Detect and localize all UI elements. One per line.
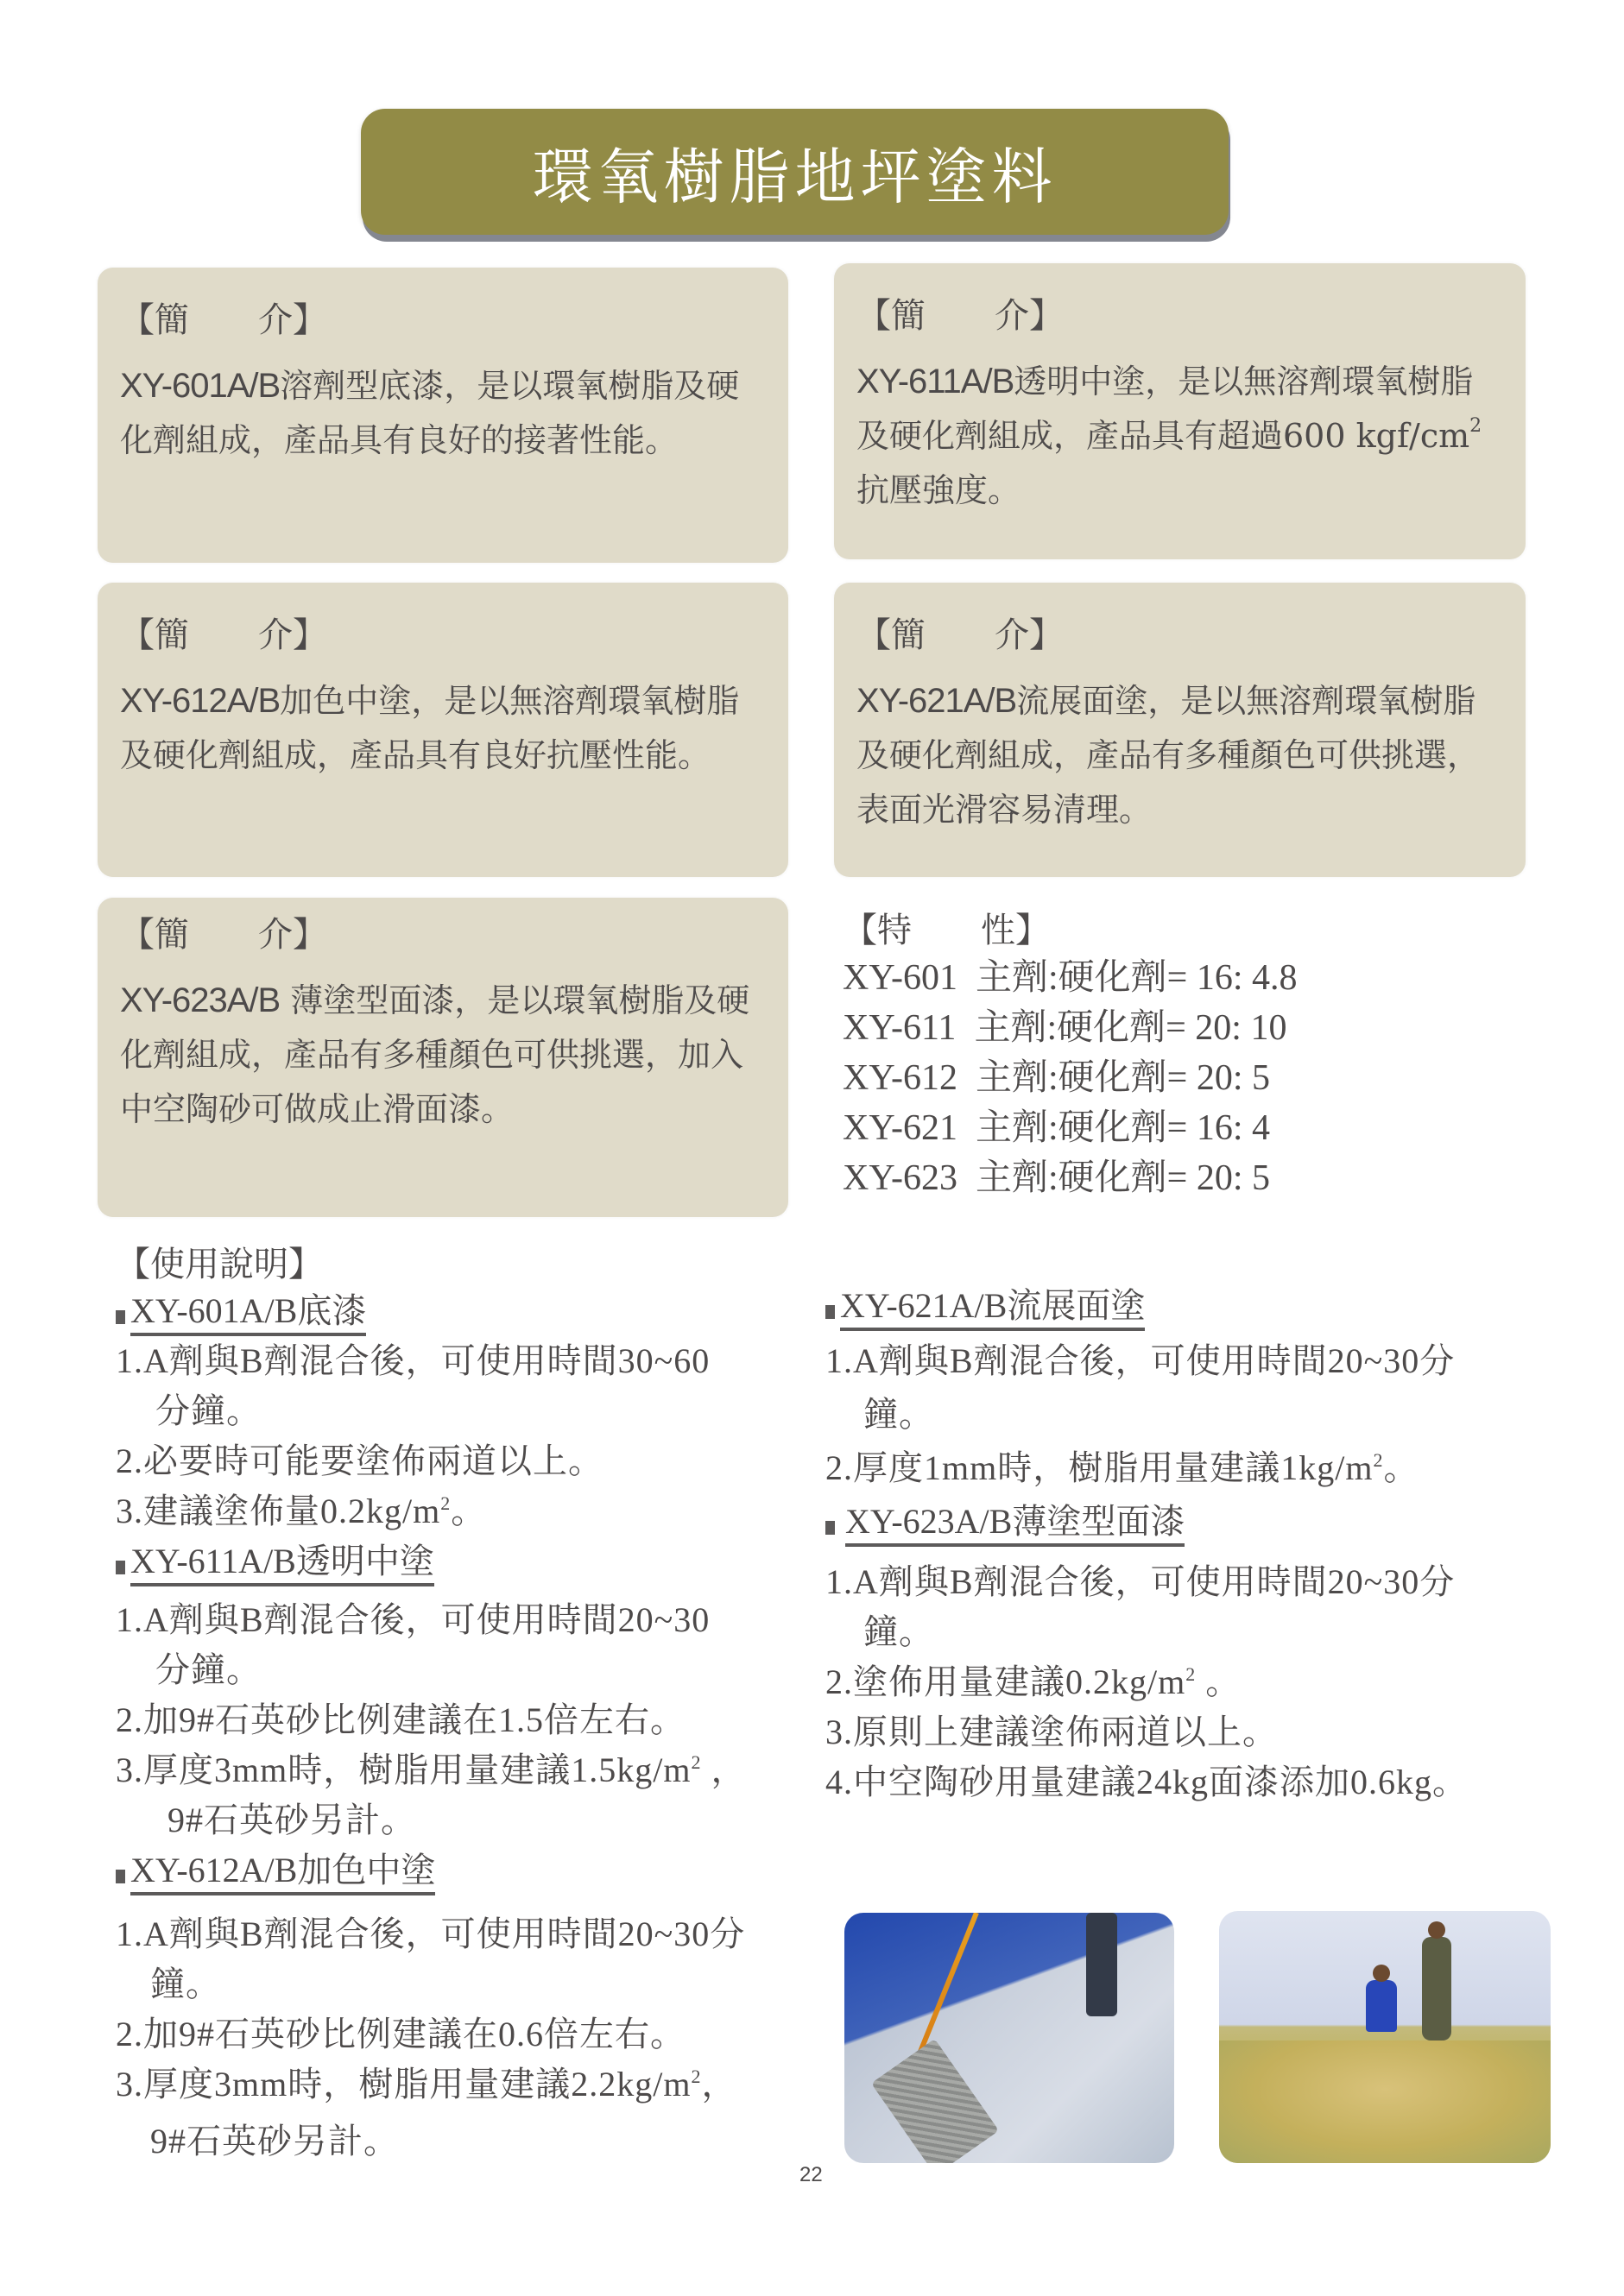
intro-card-xy612: 【簡 介】 XY-612A/B加色中塗，是以無溶劑環氧樹脂及硬化劑組成，產品具有… xyxy=(98,583,788,877)
subsection-label: XY-612A/B加色中塗 xyxy=(130,1849,435,1895)
product-code: XY-623A/B xyxy=(120,981,280,1019)
ratio-row: XY-621 主劑:硬化劑= 16: 4 xyxy=(843,1103,1378,1153)
step-continuation: 9#石英砂另計。 xyxy=(116,1795,824,1845)
usage-step: 3.原則上建議塗佈兩道以上。 xyxy=(825,1707,1568,1757)
usage-step: 1.A劑與B劑混合後，可使用時間20~30分鐘。 xyxy=(825,1557,1568,1657)
step-text: 1.A劑與B劑混合後，可使用時間20~30分 xyxy=(116,1914,745,1953)
ratio-row: XY-611 主劑:硬化劑= 20: 10 xyxy=(843,1003,1378,1053)
usage-subsection-title: XY-621A/B流展面塗 xyxy=(825,1284,1145,1331)
ratio-value: 20: 5 xyxy=(1197,1158,1270,1198)
ratio-row: XY-623 主劑:硬化劑= 20: 5 xyxy=(843,1153,1378,1203)
step-continuation: 鐘。 xyxy=(825,1390,1568,1440)
step-tail: 。 xyxy=(1196,1662,1241,1701)
photo-self-leveling-application xyxy=(1219,1911,1551,2163)
description-tail: 抗壓強度。 xyxy=(856,471,1021,509)
roller xyxy=(871,2039,999,2163)
usage-step: 4.中空陶砂用量建議24kg面漆添加0.6kg。 xyxy=(825,1757,1568,1807)
usage-step: 1.A劑與B劑混合後，可使用時間20~30分鐘。 xyxy=(116,1595,824,1695)
step-text: 1.A劑與B劑混合後，可使用時間20~30 xyxy=(116,1600,710,1639)
usage-step: 3.建議塗佈量0.2kg/m2。 xyxy=(116,1486,824,1536)
step-text: 1.A劑與B劑混合後，可使用時間30~60 xyxy=(116,1341,710,1380)
square-bullet-icon xyxy=(825,1521,835,1535)
model: XY-611 xyxy=(843,1008,956,1048)
usage-step: 2.加9#石英砂比例建議在1.5倍左右。 xyxy=(116,1695,824,1745)
intro-card-xy621: 【簡 介】 XY-621A/B流展面塗，是以無溶劑環氧樹脂及硬化劑組成，產品有多… xyxy=(834,583,1526,877)
worker-head xyxy=(1428,1921,1445,1939)
step-text: 2.厚度1mm時，樹脂用量建議1kg/m xyxy=(825,1448,1373,1487)
step-text: 2.塗佈用量建議0.2kg/m xyxy=(825,1662,1185,1701)
card-description: XY-612A/B加色中塗，是以無溶劑環氧樹脂及硬化劑組成，產品具有良好抗壓性能… xyxy=(120,674,768,783)
card-description: XY-601A/B溶劑型底漆，是以環氧樹脂及硬化劑組成，產品具有良好的接著性能。 xyxy=(120,359,768,468)
step-tail: ， xyxy=(701,1750,746,1789)
properties-section: 【特 性】 XY-601 主劑:硬化劑= 16: 4.8 XY-611 主劑:硬… xyxy=(843,908,1378,1203)
usage-subsection-title: XY-623A/B薄塗型面漆 xyxy=(825,1500,1185,1547)
usage-step: 2.塗佈用量建議0.2kg/m2 。 xyxy=(825,1657,1568,1707)
square-bullet-icon xyxy=(116,1310,125,1324)
ratio-row: XY-612 主劑:硬化劑= 20: 5 xyxy=(843,1053,1378,1103)
ratio-value: 16: 4 xyxy=(1197,1108,1270,1148)
card-heading: 【簡 介】 xyxy=(120,614,768,657)
step-text: 2.必要時可能要塗佈兩道以上。 xyxy=(116,1441,603,1480)
intro-card-xy623: 【簡 介】 XY-623A/B 薄塗型面漆，是以環氧樹脂及硬化劑組成，產品有多種… xyxy=(98,898,788,1217)
usage-step: 3.厚度3mm時，樹脂用量建議1.5kg/m2 ，9#石英砂另計。 xyxy=(116,1745,824,1845)
usage-subsection-title: XY-612A/B加色中塗 xyxy=(116,1849,435,1895)
step-continuation: 鐘。 xyxy=(825,1607,1568,1657)
worker-legs xyxy=(1086,1913,1117,2016)
usage-subsection-title: XY-611A/B透明中塗 xyxy=(116,1540,434,1586)
worker-standing xyxy=(1422,1937,1451,2041)
superscript: 2 xyxy=(1185,1663,1196,1685)
step-tail: 。 xyxy=(451,1492,486,1530)
card-heading: 【簡 介】 xyxy=(856,614,1505,657)
step-text: 3.厚度3mm時，樹脂用量建議1.5kg/m xyxy=(116,1750,691,1789)
step-text: 3.建議塗佈量0.2kg/m xyxy=(116,1492,440,1530)
superscript: 2 xyxy=(691,2066,701,2087)
subsection-label: XY-621A/B流展面塗 xyxy=(840,1284,1145,1331)
properties-heading: 【特 性】 xyxy=(843,908,1378,953)
step-text: 2.加9#石英砂比例建議在0.6倍左右。 xyxy=(116,2015,686,2053)
step-text: 2.加9#石英砂比例建議在1.5倍左右。 xyxy=(116,1700,686,1739)
ratio-label: 主劑:硬化劑= xyxy=(976,958,1187,998)
card-heading: 【簡 介】 xyxy=(856,294,1505,337)
superscript: 2 xyxy=(1373,1449,1383,1471)
usage-left-column: 【使用說明】 XY-601A/B底漆 1.A劑與B劑混合後，可使用時間30~60… xyxy=(116,1243,824,2167)
page-number: 22 xyxy=(799,2163,823,2187)
step-continuation: 分鐘。 xyxy=(116,1386,824,1436)
usage-step: 2.必要時可能要塗佈兩道以上。 xyxy=(116,1436,824,1486)
card-description: XY-621A/B流展面塗，是以無溶劑環氧樹脂及硬化劑組成，產品有多種顏色可供挑… xyxy=(856,674,1505,837)
product-code: XY-621A/B xyxy=(856,682,1016,720)
card-heading: 【簡 介】 xyxy=(120,913,768,956)
step-text: 3.原則上建議塗佈兩道以上。 xyxy=(825,1713,1278,1751)
usage-step: 1.A劑與B劑混合後，可使用時間30~60分鐘。 xyxy=(116,1336,824,1436)
subsection-label: XY-623A/B薄塗型面漆 xyxy=(845,1500,1185,1547)
step-text: 1.A劑與B劑混合後，可使用時間20~30分 xyxy=(825,1562,1455,1601)
usage-step: 2.厚度1mm時，樹脂用量建議1kg/m2。 xyxy=(825,1443,1568,1493)
step-text: 1.A劑與B劑混合後，可使用時間20~30分 xyxy=(825,1341,1455,1380)
ratio-label: 主劑:硬化劑= xyxy=(976,1108,1187,1148)
step-text: 4.中空陶砂用量建議24kg面漆添加0.6kg。 xyxy=(825,1763,1468,1801)
model: XY-612 xyxy=(843,1058,957,1098)
page-title: 環氧樹脂地坪塗料 xyxy=(533,129,1058,216)
square-bullet-icon xyxy=(116,1870,125,1883)
step-tail: ， xyxy=(701,2065,736,2104)
usage-heading: 【使用說明】 xyxy=(116,1243,824,1286)
ratio-label: 主劑:硬化劑= xyxy=(976,1058,1187,1098)
worker-head xyxy=(1373,1965,1390,1982)
model: XY-623 xyxy=(843,1158,957,1198)
worker-kneeling xyxy=(1366,1980,1397,2032)
subsection-label: XY-611A/B透明中塗 xyxy=(130,1540,434,1586)
ratio-label: 主劑:硬化劑= xyxy=(976,1158,1187,1198)
subsection-label: XY-601A/B底漆 xyxy=(130,1290,366,1336)
card-heading: 【簡 介】 xyxy=(120,299,768,342)
model: XY-621 xyxy=(843,1108,957,1148)
square-bullet-icon xyxy=(116,1561,125,1574)
usage-step: 3.厚度3mm時，樹脂用量建議2.2kg/m2，9#石英砂另計。 xyxy=(116,2059,824,2167)
card-description: XY-611A/B透明中塗，是以無溶劑環氧樹脂及硬化劑組成，產品具有超過600 … xyxy=(856,355,1505,518)
superscript: 2 xyxy=(1469,415,1482,437)
ratio-row: XY-601 主劑:硬化劑= 16: 4.8 xyxy=(843,953,1378,1003)
title-banner: 環氧樹脂地坪塗料 xyxy=(361,109,1229,235)
usage-step: 2.加9#石英砂比例建議在0.6倍左右。 xyxy=(116,2009,824,2059)
ratio-label: 主劑:硬化劑= xyxy=(974,1008,1185,1048)
step-continuation: 分鐘。 xyxy=(116,1645,824,1695)
ratio-value: 16: 4.8 xyxy=(1197,958,1298,998)
photo-primer-application xyxy=(844,1913,1174,2163)
superscript: 2 xyxy=(440,1492,451,1514)
product-code: XY-611A/B xyxy=(856,363,1014,401)
coated-floor xyxy=(1219,2041,1551,2163)
ratio-value: 20: 10 xyxy=(1195,1008,1286,1048)
step-continuation: 9#石英砂另計。 xyxy=(116,2116,824,2167)
intro-card-xy601: 【簡 介】 XY-601A/B溶劑型底漆，是以環氧樹脂及硬化劑組成，產品具有良好… xyxy=(98,268,788,563)
product-code: XY-612A/B xyxy=(120,682,280,720)
step-continuation: 鐘。 xyxy=(116,1959,824,2009)
ratio-value: 20: 5 xyxy=(1197,1058,1270,1098)
square-bullet-icon xyxy=(825,1305,835,1319)
card-description: XY-623A/B 薄塗型面漆，是以環氧樹脂及硬化劑組成，產品有多種顏色可供挑選… xyxy=(120,974,768,1137)
intro-card-xy611: 【簡 介】 XY-611A/B透明中塗，是以無溶劑環氧樹脂及硬化劑組成，產品具有… xyxy=(834,263,1526,559)
usage-right-column: XY-621A/B流展面塗 1.A劑與B劑混合後，可使用時間20~30分鐘。 2… xyxy=(825,1281,1568,1807)
usage-step: 1.A劑與B劑混合後，可使用時間20~30分鐘。 xyxy=(825,1336,1568,1440)
superscript: 2 xyxy=(691,1751,701,1773)
usage-subsection-title: XY-601A/B底漆 xyxy=(116,1290,366,1336)
step-tail: 。 xyxy=(1383,1448,1419,1487)
usage-step: 1.A劑與B劑混合後，可使用時間20~30分鐘。 xyxy=(116,1909,824,2009)
step-text: 3.厚度3mm時，樹脂用量建議2.2kg/m xyxy=(116,2065,691,2104)
model: XY-601 xyxy=(843,958,957,998)
product-code: XY-601A/B xyxy=(120,367,280,405)
